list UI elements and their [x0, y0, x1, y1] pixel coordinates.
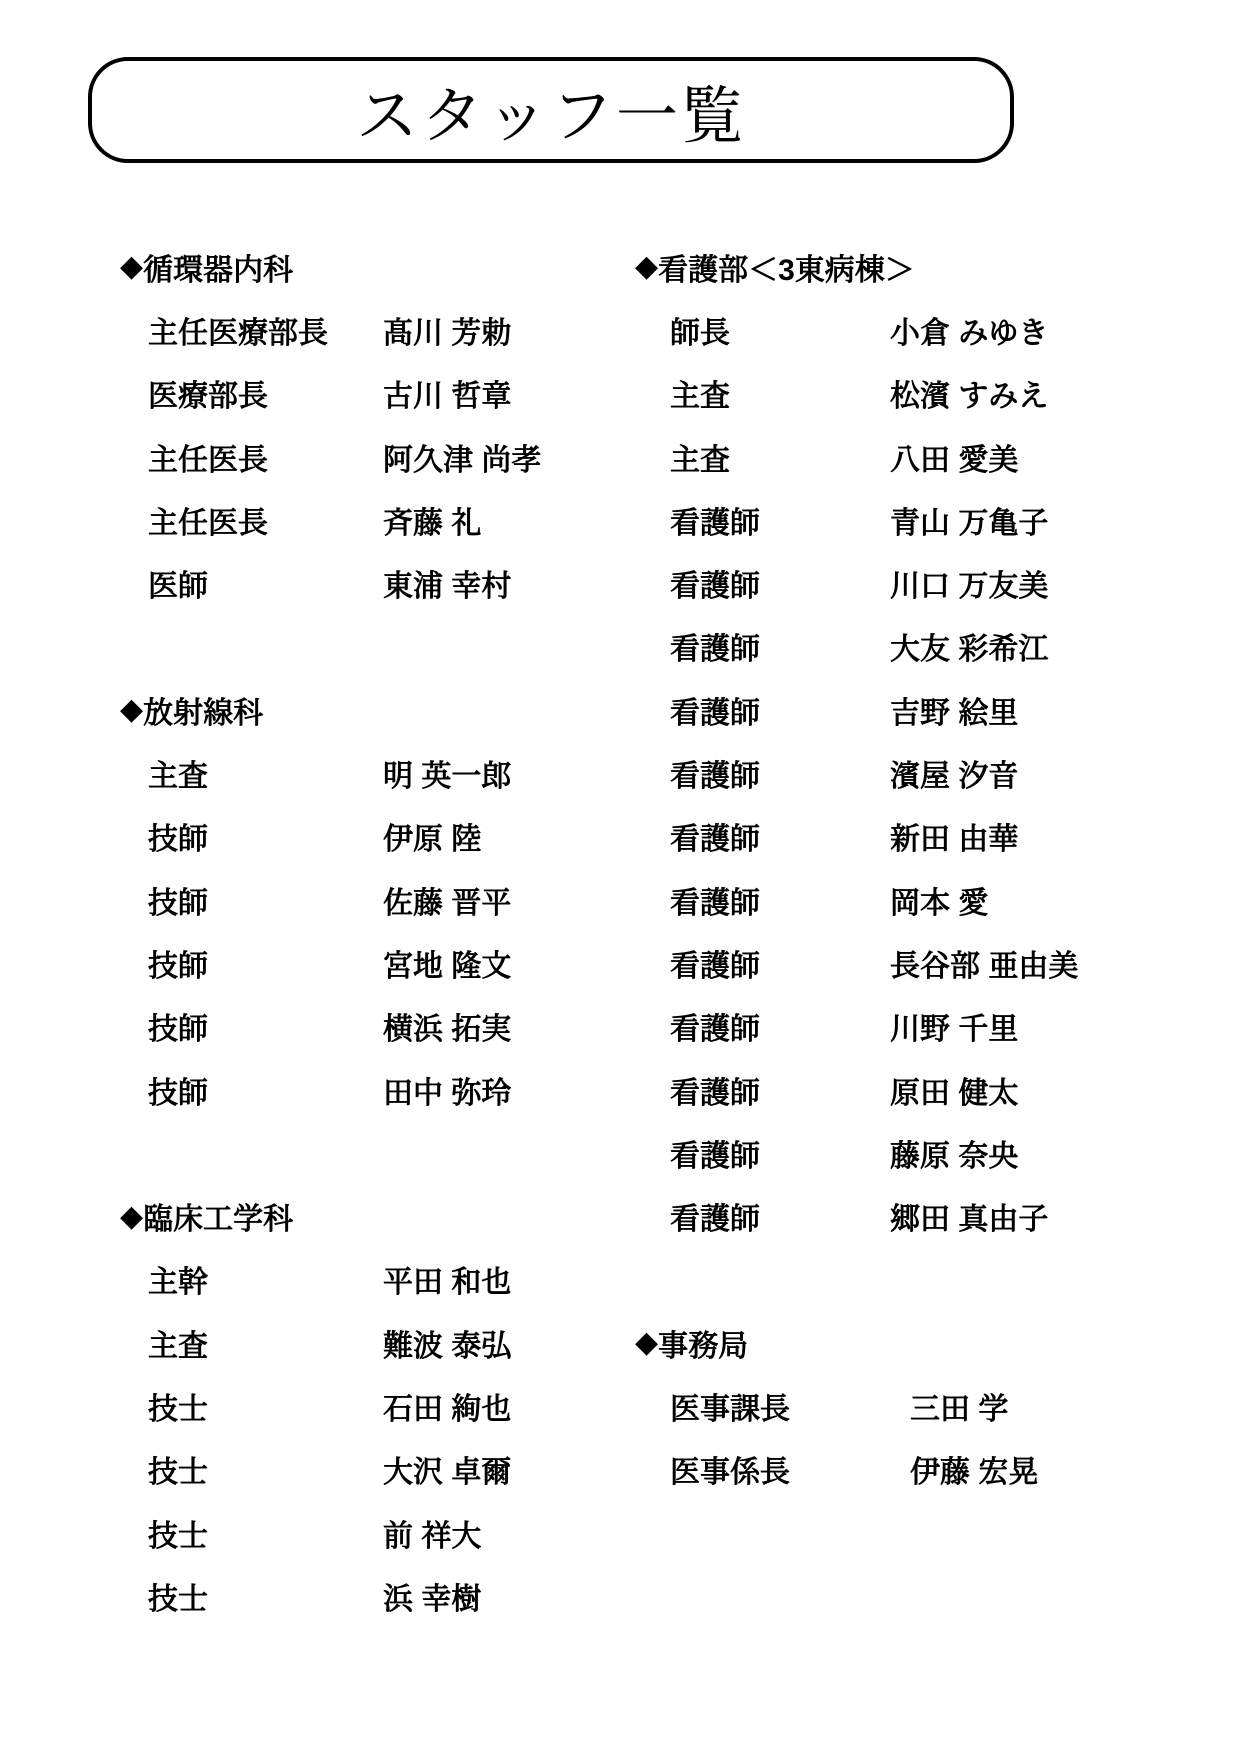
staff-row: 技師 横浜 拓実 [120, 995, 620, 1058]
staff-row: 看護師 川野 千里 [635, 995, 1235, 1058]
staff-row: 看護師 藤原 奈央 [635, 1121, 1235, 1184]
staff-row: 技士 石田 絢也 [120, 1374, 620, 1437]
staff-role: 看護師 [670, 878, 760, 922]
staff-row: 主査 難波 泰弘 [120, 1311, 620, 1374]
section-title: 看護部＜3東病棟＞ [658, 245, 915, 289]
section-title: 放射線科 [143, 688, 263, 732]
staff-role: 看護師 [670, 1004, 760, 1048]
staff-role: 主査 [148, 1321, 208, 1365]
staff-role: 師長 [670, 308, 730, 352]
staff-name: 青山 万亀子 [890, 498, 1048, 542]
staff-name: 新田 由華 [890, 814, 1018, 858]
section-header: ◆事務局 [635, 1311, 1235, 1374]
staff-row: 主幹 平田 和也 [120, 1248, 620, 1311]
staff-role: 医療部長 [148, 371, 268, 415]
staff-row: 看護師 郷田 真由子 [635, 1184, 1235, 1247]
staff-role: 看護師 [670, 498, 760, 542]
staff-name: 川野 千里 [890, 1004, 1018, 1048]
staff-row: 看護師 大友 彩希江 [635, 615, 1235, 678]
staff-name: 伊藤 宏晃 [910, 1447, 1038, 1491]
staff-row: 看護師 原田 健太 [635, 1058, 1235, 1121]
staff-row: 看護師 長谷部 亜由美 [635, 931, 1235, 994]
staff-role: 技士 [148, 1511, 208, 1555]
staff-row: 看護師 濱屋 汐音 [635, 741, 1235, 804]
staff-row: 医療部長 古川 哲章 [120, 362, 620, 425]
staff-row: 主任医長 斉藤 礼 [120, 488, 620, 551]
staff-name: 岡本 愛 [890, 878, 988, 922]
staff-name: 濱屋 汐音 [890, 751, 1018, 795]
staff-role: 医師 [148, 561, 208, 605]
staff-row: 師長 小倉 みゆき [635, 298, 1235, 361]
staff-row: 技師 宮地 隆文 [120, 931, 620, 994]
staff-role: 主幹 [148, 1257, 208, 1301]
section-header: ◆看護部＜3東病棟＞ [635, 235, 1235, 298]
staff-name: 前 祥大 [383, 1511, 481, 1555]
staff-name: 小倉 みゆき [890, 308, 1048, 352]
staff-name: 大沢 卓爾 [383, 1447, 511, 1491]
staff-role: 看護師 [670, 1068, 760, 1112]
staff-name: 川口 万友美 [890, 561, 1048, 605]
staff-row: 主任医療部長 髙川 芳勅 [120, 298, 620, 361]
staff-list-page: スタッフ一覧 ◆循環器内科 主任医療部長 髙川 芳勅 医療部長 古川 哲章 主任… [0, 0, 1239, 1754]
diamond-bullet-icon: ◆ [635, 1325, 658, 1360]
staff-name: 伊原 陸 [383, 814, 481, 858]
staff-role: 看護師 [670, 814, 760, 858]
staff-row: 医師 東浦 幸村 [120, 551, 620, 614]
left-column: ◆循環器内科 主任医療部長 髙川 芳勅 医療部長 古川 哲章 主任医長 阿久津 … [120, 235, 620, 1628]
staff-row: 主査 松濱 すみえ [635, 362, 1235, 425]
staff-name: 吉野 絵里 [890, 688, 1018, 732]
staff-role: 看護師 [670, 624, 760, 668]
title-box: スタッフ一覧 [88, 57, 1014, 163]
staff-role: 技師 [148, 1068, 208, 1112]
staff-row: 看護師 吉野 絵里 [635, 678, 1235, 741]
staff-role: 看護師 [670, 1131, 760, 1175]
staff-role: 技士 [148, 1447, 208, 1491]
staff-row: 技士 浜 幸樹 [120, 1564, 620, 1627]
staff-role: 看護師 [670, 751, 760, 795]
staff-role: 技師 [148, 1004, 208, 1048]
staff-name: 藤原 奈央 [890, 1131, 1018, 1175]
staff-row: 主査 明 英一郎 [120, 741, 620, 804]
staff-name: 田中 弥玲 [383, 1068, 511, 1112]
staff-role: 技士 [148, 1574, 208, 1618]
staff-role: 主査 [670, 371, 730, 415]
staff-row: 看護師 岡本 愛 [635, 868, 1235, 931]
diamond-bullet-icon: ◆ [120, 1199, 143, 1234]
staff-name: 松濱 すみえ [890, 371, 1048, 415]
staff-name: 宮地 隆文 [383, 941, 511, 985]
staff-role: 技士 [148, 1384, 208, 1428]
row-spacer [120, 1121, 620, 1184]
staff-name: 髙川 芳勅 [383, 308, 511, 352]
staff-name: 石田 絢也 [383, 1384, 511, 1428]
staff-name: 浜 幸樹 [383, 1574, 481, 1618]
staff-role: 主任医長 [148, 498, 268, 542]
section-header: ◆循環器内科 [120, 235, 620, 298]
right-column: ◆看護部＜3東病棟＞ 師長 小倉 みゆき 主査 松濱 すみえ 主査 八田 愛美 … [635, 235, 1235, 1501]
section-title: 事務局 [658, 1321, 748, 1365]
staff-name: 斉藤 礼 [383, 498, 481, 542]
staff-role: 主任医長 [148, 435, 268, 479]
section-header: ◆放射線科 [120, 678, 620, 741]
staff-name: 横浜 拓実 [383, 1004, 511, 1048]
staff-name: 長谷部 亜由美 [890, 941, 1078, 985]
diamond-bullet-icon: ◆ [120, 692, 143, 727]
staff-row: 主任医長 阿久津 尚孝 [120, 425, 620, 488]
row-spacer [635, 1248, 1235, 1311]
staff-role: 看護師 [670, 1194, 760, 1238]
staff-role: 技師 [148, 941, 208, 985]
staff-name: 難波 泰弘 [383, 1321, 511, 1365]
staff-row: 医事係長 伊藤 宏晃 [635, 1438, 1235, 1501]
staff-name: 郷田 真由子 [890, 1194, 1048, 1238]
staff-role: 医事課長 [670, 1384, 790, 1428]
staff-row: 技士 大沢 卓爾 [120, 1438, 620, 1501]
staff-name: 阿久津 尚孝 [383, 435, 541, 479]
staff-row: 看護師 新田 由華 [635, 805, 1235, 868]
staff-role: 医事係長 [670, 1447, 790, 1491]
staff-name: 平田 和也 [383, 1257, 511, 1301]
staff-row: 看護師 青山 万亀子 [635, 488, 1235, 551]
staff-row: 技師 田中 弥玲 [120, 1058, 620, 1121]
staff-name: 原田 健太 [890, 1068, 1018, 1112]
staff-row: 技士 前 祥大 [120, 1501, 620, 1564]
staff-name: 八田 愛美 [890, 435, 1018, 479]
section-title: 臨床工学科 [143, 1194, 293, 1238]
staff-role: 主任医療部長 [148, 308, 328, 352]
staff-name: 三田 学 [910, 1384, 1008, 1428]
staff-name: 佐藤 晋平 [383, 878, 511, 922]
staff-row: 主査 八田 愛美 [635, 425, 1235, 488]
diamond-bullet-icon: ◆ [120, 249, 143, 284]
staff-name: 古川 哲章 [383, 371, 511, 415]
staff-role: 看護師 [670, 561, 760, 605]
staff-name: 東浦 幸村 [383, 561, 511, 605]
staff-role: 看護師 [670, 688, 760, 732]
page-title: スタッフ一覧 [356, 66, 746, 155]
diamond-bullet-icon: ◆ [635, 249, 658, 284]
staff-row: 看護師 川口 万友美 [635, 551, 1235, 614]
staff-name: 明 英一郎 [383, 751, 511, 795]
staff-name: 大友 彩希江 [890, 624, 1048, 668]
staff-role: 主査 [148, 751, 208, 795]
staff-row: 技師 佐藤 晋平 [120, 868, 620, 931]
staff-role: 主査 [670, 435, 730, 479]
section-title: 循環器内科 [143, 245, 293, 289]
staff-role: 技師 [148, 878, 208, 922]
staff-role: 看護師 [670, 941, 760, 985]
row-spacer [120, 615, 620, 678]
staff-role: 技師 [148, 814, 208, 858]
section-header: ◆臨床工学科 [120, 1184, 620, 1247]
staff-row: 技師 伊原 陸 [120, 805, 620, 868]
staff-row: 医事課長 三田 学 [635, 1374, 1235, 1437]
